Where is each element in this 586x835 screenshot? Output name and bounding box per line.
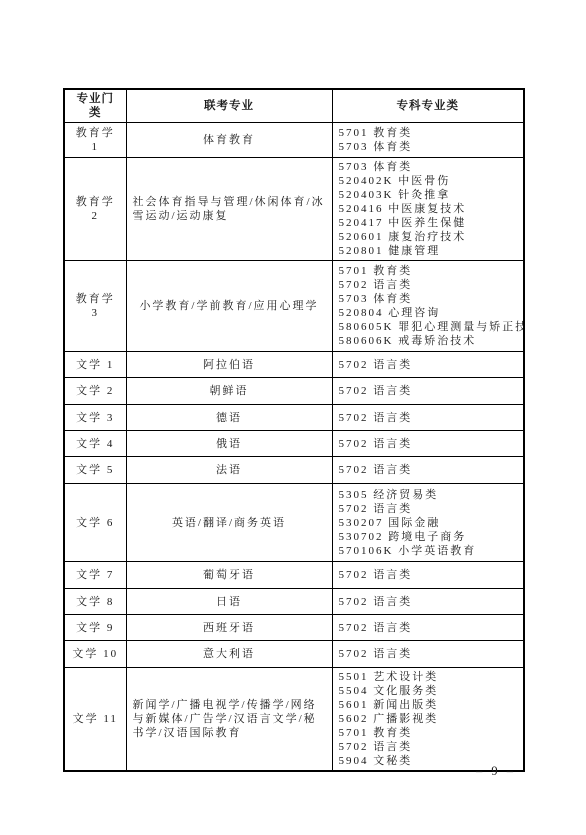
- major-cell: 法语: [126, 457, 332, 484]
- category-cell: 文学 6: [64, 484, 126, 562]
- table-row: 文学 6 英语/翻译/商务英语 5305 经济贸易类 5702 语言类 5302…: [64, 484, 524, 562]
- category-cell: 文学 8: [64, 589, 126, 615]
- table-row: 文学 5 法语 5702 语言类: [64, 457, 524, 484]
- major-cell: 阿拉伯语: [126, 352, 332, 378]
- zhuanke-cell: 5701 教育类 5703 体育类: [332, 123, 524, 158]
- major-cell: 朝鲜语: [126, 378, 332, 405]
- zhuanke-line: 5601 新闻出版类: [339, 698, 518, 712]
- zhuanke-cell: 5305 经济贸易类 5702 语言类 530207 国际金融 530702 跨…: [332, 484, 524, 562]
- zhuanke-cell: 5701 教育类 5702 语言类 5703 体育类 520804 心理咨询 5…: [332, 261, 524, 352]
- zhuanke-cell: 5702 语言类: [332, 431, 524, 457]
- zhuanke-line: 530702 跨境电子商务: [339, 530, 518, 544]
- major-cell: 意大利语: [126, 641, 332, 668]
- zhuanke-cell: 5702 语言类: [332, 405, 524, 431]
- zhuanke-line: 5703 体育类: [339, 292, 518, 306]
- zhuanke-line: 5504 文化服务类: [339, 684, 518, 698]
- category-cell: 文学 3: [64, 405, 126, 431]
- table-row: 教育学 1 体育教育 5701 教育类 5703 体育类: [64, 123, 524, 158]
- table-row: 文学 9 西班牙语 5702 语言类: [64, 615, 524, 641]
- table-row: 文学 2 朝鲜语 5702 语言类: [64, 378, 524, 405]
- table-row: 文学 11 新闻学/广播电视学/传播学/网络与新媒体/广告学/汉语言文学/秘书学…: [64, 668, 524, 772]
- zhuanke-cell: 5702 语言类: [332, 457, 524, 484]
- table-header-row: 专业门类 联考专业 专科专业类: [64, 89, 524, 123]
- zhuanke-line: 5703 体育类: [339, 160, 518, 174]
- major-cell: 新闻学/广播电视学/传播学/网络与新媒体/广告学/汉语言文学/秘书学/汉语国际教…: [126, 668, 332, 772]
- zhuanke-line: 5702 语言类: [339, 278, 518, 292]
- zhuanke-cell: 5702 语言类: [332, 352, 524, 378]
- col-header-associate-major-class: 专科专业类: [332, 89, 524, 123]
- zhuanke-cell: 5702 语言类: [332, 589, 524, 615]
- zhuanke-line: 5703 体育类: [339, 140, 518, 154]
- major-cell: 体育教育: [126, 123, 332, 158]
- category-cell: 文学 11: [64, 668, 126, 772]
- zhuanke-cell: 5702 语言类: [332, 641, 524, 668]
- zhuanke-cell: 5702 语言类: [332, 615, 524, 641]
- table-row: 文学 8 日语 5702 语言类: [64, 589, 524, 615]
- zhuanke-line: 5701 教育类: [339, 126, 518, 140]
- page-number: – 9 –: [0, 764, 516, 779]
- zhuanke-line: 580605K 罪犯心理测量与矫正技术: [339, 320, 518, 334]
- category-cell: 文学 7: [64, 562, 126, 589]
- zhuanke-line: 520416 中医康复技术: [339, 202, 518, 216]
- table-row: 文学 1 阿拉伯语 5702 语言类: [64, 352, 524, 378]
- zhuanke-line: 5702 语言类: [339, 647, 518, 661]
- category-cell: 文学 4: [64, 431, 126, 457]
- zhuanke-line: 520403K 针灸推拿: [339, 188, 518, 202]
- table-row: 文学 10 意大利语 5702 语言类: [64, 641, 524, 668]
- zhuanke-line: 5702 语言类: [339, 358, 518, 372]
- zhuanke-line: 5702 语言类: [339, 595, 518, 609]
- zhuanke-line: 520801 健康管理: [339, 244, 518, 258]
- table-row: 教育学 3 小学教育/学前教育/应用心理学 5701 教育类 5702 语言类 …: [64, 261, 524, 352]
- zhuanke-line: 5501 艺术设计类: [339, 670, 518, 684]
- majors-mapping-table: 专业门类 联考专业 专科专业类 教育学 1 体育教育 5701 教育类 5703…: [63, 88, 525, 772]
- category-cell: 文学 10: [64, 641, 126, 668]
- category-cell: 文学 2: [64, 378, 126, 405]
- zhuanke-cell: 5501 艺术设计类 5504 文化服务类 5601 新闻出版类 5602 广播…: [332, 668, 524, 772]
- major-cell: 小学教育/学前教育/应用心理学: [126, 261, 332, 352]
- category-cell: 文学 5: [64, 457, 126, 484]
- zhuanke-line: 5602 广播影视类: [339, 712, 518, 726]
- category-cell: 教育学 2: [64, 158, 126, 261]
- col-header-category: 专业门类: [64, 89, 126, 123]
- major-cell: 西班牙语: [126, 615, 332, 641]
- zhuanke-cell: 5703 体育类 520402K 中医骨伤 520403K 针灸推拿 52041…: [332, 158, 524, 261]
- table-row: 文学 4 俄语 5702 语言类: [64, 431, 524, 457]
- zhuanke-line: 5702 语言类: [339, 740, 518, 754]
- table-row: 教育学 2 社会体育指导与管理/休闲体育/冰雪运动/运动康复 5703 体育类 …: [64, 158, 524, 261]
- col-header-joint-exam-major: 联考专业: [126, 89, 332, 123]
- table-row: 文学 3 德语 5702 语言类: [64, 405, 524, 431]
- zhuanke-line: 5305 经济贸易类: [339, 488, 518, 502]
- zhuanke-line: 5702 语言类: [339, 463, 518, 477]
- major-cell: 英语/翻译/商务英语: [126, 484, 332, 562]
- category-cell: 教育学 1: [64, 123, 126, 158]
- category-cell: 教育学 3: [64, 261, 126, 352]
- zhuanke-line: 520601 康复治疗技术: [339, 230, 518, 244]
- major-cell: 德语: [126, 405, 332, 431]
- zhuanke-line: 5702 语言类: [339, 621, 518, 635]
- zhuanke-line: 530207 国际金融: [339, 516, 518, 530]
- zhuanke-line: 520417 中医养生保健: [339, 216, 518, 230]
- major-cell: 俄语: [126, 431, 332, 457]
- zhuanke-line: 5702 语言类: [339, 384, 518, 398]
- zhuanke-line: 580606K 戒毒矫治技术: [339, 334, 518, 348]
- zhuanke-line: 520804 心理咨询: [339, 306, 518, 320]
- zhuanke-cell: 5702 语言类: [332, 378, 524, 405]
- category-cell: 文学 9: [64, 615, 126, 641]
- major-cell: 葡萄牙语: [126, 562, 332, 589]
- zhuanke-line: 570106K 小学英语教育: [339, 544, 518, 558]
- zhuanke-line: 5702 语言类: [339, 502, 518, 516]
- category-cell: 文学 1: [64, 352, 126, 378]
- zhuanke-line: 520402K 中医骨伤: [339, 174, 518, 188]
- table-row: 文学 7 葡萄牙语 5702 语言类: [64, 562, 524, 589]
- major-cell: 日语: [126, 589, 332, 615]
- zhuanke-cell: 5702 语言类: [332, 562, 524, 589]
- major-cell: 社会体育指导与管理/休闲体育/冰雪运动/运动康复: [126, 158, 332, 261]
- zhuanke-line: 5702 语言类: [339, 437, 518, 451]
- zhuanke-line: 5702 语言类: [339, 411, 518, 425]
- zhuanke-line: 5701 教育类: [339, 264, 518, 278]
- zhuanke-line: 5701 教育类: [339, 726, 518, 740]
- zhuanke-line: 5702 语言类: [339, 568, 518, 582]
